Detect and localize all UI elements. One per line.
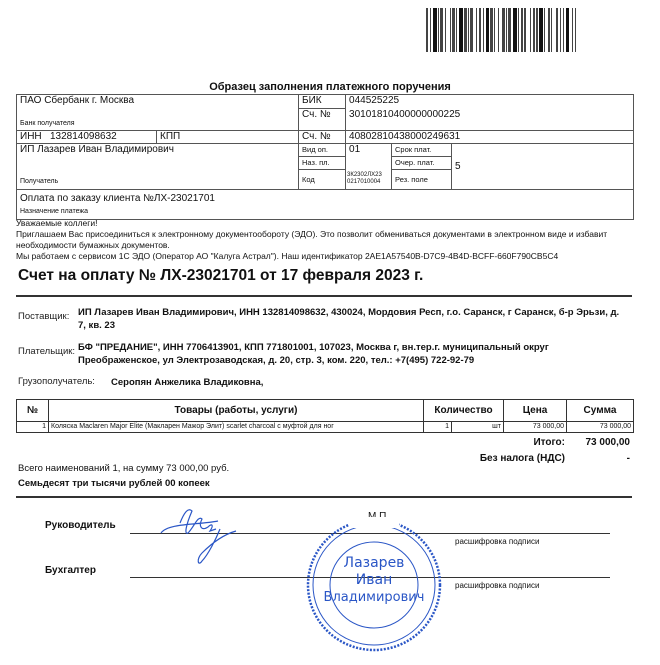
supplier-row: Поставщик: ИП Лазарев Иван Владимирович,… bbox=[18, 306, 628, 332]
supplier-label: Поставщик: bbox=[18, 306, 78, 332]
accountant-label: Бухгалтер bbox=[45, 565, 96, 576]
director-decode-label: расшифровка подписи bbox=[455, 537, 539, 546]
op-type-value: 01 bbox=[346, 144, 392, 170]
items-summary: Всего наименований 1, на сумму 73 000,00… bbox=[18, 463, 229, 474]
col-header-sum: Сумма bbox=[567, 400, 634, 422]
bank-name: ПАО Сбербанк г. Москва Банк получателя bbox=[17, 95, 299, 131]
total-value: 73 000,00 bbox=[570, 437, 630, 448]
divider bbox=[16, 295, 632, 297]
notice-greeting: Уважаемые коллеги! bbox=[16, 218, 641, 229]
code-label: Код bbox=[299, 170, 346, 190]
order-value: 5 bbox=[452, 144, 634, 190]
account-label: Сч. № bbox=[299, 131, 346, 144]
col-header-num: № bbox=[17, 400, 49, 422]
recipient-cell: ИП Лазарев Иван Владимирович Получатель bbox=[17, 144, 299, 190]
col-header-qty: Количество bbox=[424, 400, 504, 422]
payment-form-title: Образец заполнения платежного поручения bbox=[0, 81, 660, 93]
corr-account-value: 30101810400000000225 bbox=[346, 109, 634, 131]
consignee-value: Серопян Анжелика Владиковна, bbox=[111, 376, 660, 389]
inn-cell: ИНН 132814098632 bbox=[17, 131, 157, 144]
purpose-code-label: Наз. пл. bbox=[299, 157, 346, 170]
invoice-title: Счет на оплату № ЛХ-23021701 от 17 февра… bbox=[18, 267, 423, 285]
vat-value: - bbox=[570, 453, 630, 464]
payment-details-table: ПАО Сбербанк г. Москва Банк получателя Б… bbox=[16, 94, 634, 220]
consignee-row: Грузополучатель: Серопян Анжелика Владик… bbox=[18, 376, 660, 389]
stamp-seal: Лазарев Иван Владимирович bbox=[305, 517, 443, 653]
signature-icon bbox=[158, 505, 243, 570]
col-header-price: Цена bbox=[504, 400, 567, 422]
goods-table: № Товары (работы, услуги) Количество Цен… bbox=[16, 399, 634, 433]
account-value: 40802810438000249631 bbox=[346, 131, 634, 144]
edo-notice: Уважаемые коллеги! Приглашаем Вас присое… bbox=[16, 218, 641, 262]
purpose-label: Назначение платежа bbox=[20, 206, 88, 218]
reserve-label: Рез. поле bbox=[392, 170, 452, 190]
payer-value: БФ "ПРЕДАНИЕ", ИНН 7706413901, КПП 77180… bbox=[78, 341, 628, 367]
notice-invitation: Приглашаем Вас присоединиться к электрон… bbox=[16, 229, 641, 251]
corr-account-label: Сч. № bbox=[299, 109, 346, 131]
bank-label: Банк получателя bbox=[20, 118, 295, 130]
accountant-decode-label: расшифровка подписи bbox=[455, 581, 539, 590]
op-type-label: Вид оп. bbox=[299, 144, 346, 157]
order-label: Очер. плат. bbox=[392, 157, 452, 170]
amount-in-words: Семьдесят три тысячи рублей 00 копеек bbox=[18, 478, 210, 489]
bik-value: 044525225 bbox=[346, 95, 634, 109]
kpp-cell: КПП bbox=[157, 131, 299, 144]
barcode-icon bbox=[426, 8, 626, 52]
recipient-label: Получатель bbox=[20, 176, 58, 188]
divider bbox=[16, 496, 632, 498]
notice-operator: Мы работаем с сервисом 1С ЭДО (Оператор … bbox=[16, 251, 641, 262]
vat-label: Без налога (НДС) bbox=[430, 453, 565, 464]
bik-label: БИК bbox=[299, 95, 346, 109]
col-header-goods: Товары (работы, услуги) bbox=[49, 400, 424, 422]
payer-label: Плательщик: bbox=[18, 341, 78, 367]
payer-row: Плательщик: БФ "ПРЕДАНИЕ", ИНН 770641390… bbox=[18, 341, 628, 367]
table-row: 1 Коляска Maclaren Major Elite (Макларен… bbox=[17, 422, 634, 433]
total-label: Итого: bbox=[430, 437, 565, 448]
consignee-label: Грузополучатель: bbox=[18, 376, 111, 389]
supplier-value: ИП Лазарев Иван Владимирович, ИНН 132814… bbox=[78, 306, 628, 332]
director-label: Руководитель bbox=[45, 520, 116, 531]
code-value: 3К2302ЛХ230217010004 bbox=[346, 170, 392, 190]
stamp-text: Лазарев Иван Владимирович bbox=[305, 555, 443, 606]
purpose-cell: Оплата по заказу клиента №ЛХ-23021701 На… bbox=[17, 190, 634, 220]
due-label: Срок плат. bbox=[392, 144, 452, 157]
purpose-value: Оплата по заказу клиента №ЛХ-23021701 bbox=[20, 193, 630, 205]
